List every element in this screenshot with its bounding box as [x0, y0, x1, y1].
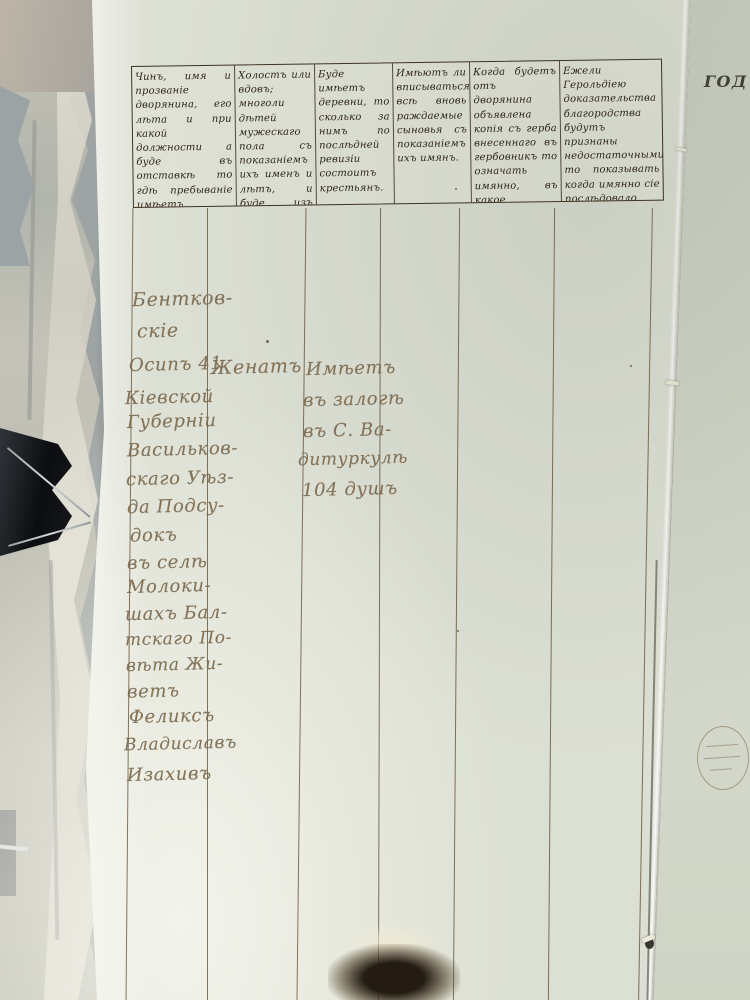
handwritten-line: въ С. Ва-: [303, 419, 392, 442]
handwritten-line: Феликсъ: [129, 705, 215, 728]
handwritten-line: Осипъ 41: [129, 353, 223, 376]
handwritten-line: Бентков-: [132, 287, 233, 311]
stamp-illegible-line: [706, 744, 738, 747]
header-col-villages-serfs: Буде имѣетъ деревни, то сколько за нимъ …: [314, 63, 394, 204]
handwritten-marital-status: Женатъ: [211, 355, 302, 379]
handwritten-line: докъ: [130, 524, 178, 546]
burn-stain: [328, 944, 460, 1000]
handwritten-line: скаго Уѣз-: [126, 467, 234, 491]
handwritten-line: въ селѣ: [127, 551, 208, 574]
handwritten-line: Кіевской: [125, 386, 214, 409]
header-col-marital-sons: Холостъ или вдовъ; многоли дѣтей мужеска…: [234, 64, 316, 205]
handwritten-line: шахъ Бал-: [125, 602, 228, 625]
header-col-rank-name: Чинъ, имя и прозваніе дворянина, его лѣт…: [132, 66, 236, 207]
header-col-heraldry-proof: Ежели Герольдіею доказательства благород…: [559, 60, 663, 201]
handwritten-line: да Подсу-: [127, 495, 225, 518]
handwritten-line: тскаго По-: [125, 628, 232, 651]
ink-speck: [266, 340, 269, 343]
archival-photo-scene: ГОД Чинъ, имя и прозваніе дворянина, его…: [0, 0, 750, 1000]
handwritten-line: 104 душъ: [302, 478, 398, 501]
handwritten-line: вѣта Жи-: [126, 654, 224, 676]
stamp-illegible-line: [710, 768, 732, 771]
header-col-coat-of-arms: Когда будетъ отъ дворянина объявлена коп…: [469, 61, 561, 202]
table-header: Чинъ, имя и прозваніе дворянина, его лѣт…: [131, 59, 664, 208]
handwritten-line: скіе: [137, 319, 179, 342]
dark-object-edge: [0, 810, 16, 896]
ink-speck: [455, 188, 457, 190]
handwritten-line: въ залогѣ: [303, 388, 405, 411]
handwritten-line: дитуркулѣ: [298, 448, 408, 471]
handwritten-line: Молоки-: [127, 575, 212, 598]
handwritten-line: Владиславъ: [124, 733, 237, 756]
handwritten-line: ветъ: [127, 680, 180, 702]
ink-speck: [630, 365, 632, 367]
adjacent-page-partial-text: ГОД: [704, 72, 748, 91]
ink-speck: [457, 630, 459, 632]
stamp-illegible-line: [704, 756, 740, 760]
handwritten-line: Имѣетъ: [306, 357, 396, 380]
handwritten-line: Изахивъ: [127, 763, 212, 786]
handwritten-line: Губерніи: [127, 410, 217, 433]
header-col-newborn-sons: Имѣютъ ли вписываться всѣ вновь раждаемы…: [392, 62, 471, 203]
handwritten-line: Васильков-: [127, 438, 239, 462]
circular-stamp: [697, 726, 749, 790]
